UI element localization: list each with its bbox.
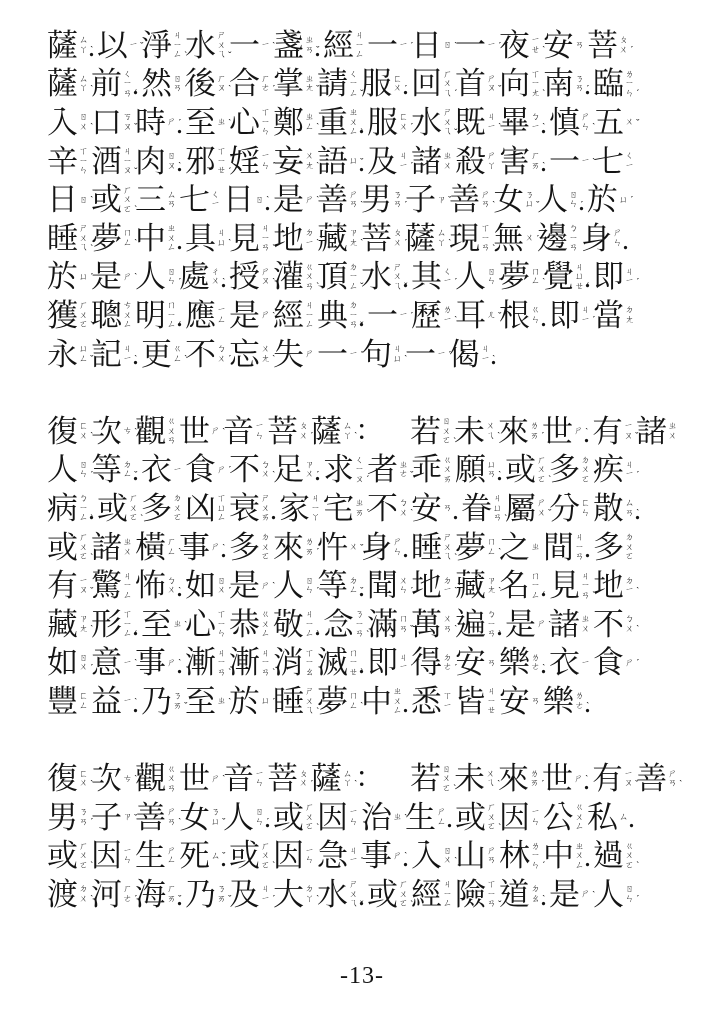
- hanzi-char: 悉: [411, 684, 442, 719]
- tone-mark: ˋ: [134, 356, 137, 366]
- zhuyin-annotation: ㄩˊ: [79, 272, 88, 282]
- zhuyin-annotation: ㄙㄚˋ: [79, 36, 88, 55]
- zhuyin-glyph: ㄨ: [625, 118, 634, 128]
- zhuyin-glyph: ㄢ: [305, 282, 314, 292]
- zhuyin-annotation: ㄒㄧㄝˊ: [217, 147, 226, 176]
- zhuyin-annotation: ㄖㄣˊ: [167, 267, 176, 286]
- char-token: 人ㄖㄣˊ: [47, 454, 78, 485]
- zhuyin-glyph: ㄥ: [305, 629, 314, 639]
- zhuyin-glyph: ㄨ: [443, 161, 452, 171]
- zhuyin-annotation: ㄖㄡˋ: [167, 152, 176, 171]
- zhuyin-glyph: ㄥ: [305, 122, 314, 132]
- zhuyin-glyph: ㄨ: [79, 779, 88, 789]
- hanzi-char: 等: [317, 568, 348, 603]
- char-token: 急ㄐㄧˊ: [317, 840, 348, 871]
- hanzi-char: 治: [361, 800, 392, 835]
- hanzi-char: 復: [47, 761, 78, 796]
- zhuyin-annotation: ㄒㄧㄣ: [79, 147, 88, 176]
- char-token: 等ㄉㄥˇ: [317, 570, 348, 601]
- tone-mark: ˋ: [90, 47, 93, 57]
- zhuyin-glyph: ㄥ: [443, 899, 452, 909]
- char-token: 應ㄧㄥ: [185, 300, 216, 331]
- zhuyin-glyph: ㄥ: [167, 243, 176, 253]
- zhuyin-glyph: ㄛ: [305, 822, 314, 832]
- char-token: 散ㄙㄢˋ: [593, 493, 624, 524]
- char-token: 道ㄉㄠˋ: [499, 879, 530, 910]
- period-mark: .: [270, 497, 277, 528]
- hanzi-char: 諸: [91, 530, 122, 565]
- zhuyin-annotation: ㄉㄥˇ: [123, 460, 132, 479]
- zhuyin-glyph: ㄣ: [349, 817, 358, 827]
- zhuyin-annotation: ㄐㄩˋ: [393, 345, 402, 364]
- char-token: 畢ㄅㄧˋ: [499, 107, 530, 138]
- zhuyin-annotation: ㄖㄣˊ: [305, 576, 314, 595]
- char-token: 服ㄈㄨˊ: [367, 107, 398, 138]
- hanzi-char: 地: [593, 568, 624, 603]
- char-token: 入ㄖㄨˋ: [47, 107, 78, 138]
- char-token: 家ㄐㄧㄚ: [279, 493, 310, 524]
- zhuyin-glyph: ㄥ: [173, 50, 182, 60]
- char-token: 地ㄉㄧˋ: [411, 570, 442, 601]
- char-token: 人ㄖㄣˊ: [135, 261, 166, 292]
- char-token: 即ㄐㄧˊ: [593, 261, 624, 292]
- zhuyin-annotation: ㄉㄧㄢˇ: [349, 301, 358, 330]
- zhuyin-glyph: ㄥ: [79, 354, 88, 364]
- char-token: 病ㄅㄧㄥˋ: [47, 493, 78, 524]
- zhuyin-glyph: ㄢ: [481, 200, 490, 210]
- hanzi-char: 或: [229, 838, 260, 873]
- char-token: 既ㄐㄧˋ: [455, 107, 486, 138]
- zhuyin-glyph: ㄢ: [487, 629, 496, 639]
- char-token: 觀ㄍㄨㄢ: [135, 763, 166, 794]
- zhuyin-annotation: ㄗㄨˊ: [305, 460, 314, 479]
- char-token: 世ㄕˋ: [542, 763, 573, 794]
- zhuyin-annotation: ㄑㄧ: [211, 190, 220, 209]
- text-block: 薩ㄙㄚˋ.以ㄧˇ淨ㄐㄧㄥˋ水ㄕㄨㄟˇ一ㄧˋ盞ㄓㄢˇ.經ㄐㄧㄥ一ㄧˊ日ㄖˋ一ㄧˊ夜…: [47, 26, 680, 914]
- hanzi-char: 安: [411, 491, 442, 526]
- zhuyin-glyph: ㄩ: [525, 200, 534, 210]
- zhuyin-annotation: ㄔㄨˋ: [211, 267, 220, 286]
- hanzi-char: 未: [454, 761, 485, 796]
- zhuyin-annotation: ㄧㄣ: [255, 769, 264, 788]
- zhuyin-annotation: ㄏㄨㄛˋ: [305, 803, 314, 832]
- zhuyin-glyph: ㄩ: [79, 272, 88, 282]
- char-token: 地ㄉㄧˋ: [593, 570, 624, 601]
- char-token: 酒ㄐㄧㄡˇ: [91, 146, 122, 177]
- hanzi-char: 至: [185, 105, 216, 140]
- hanzi-char: 驚: [91, 568, 122, 603]
- period-mark: .: [402, 690, 409, 721]
- zhuyin-annotation: ㄐㄧˋ: [487, 113, 496, 132]
- tone-mark: ˊ: [316, 471, 319, 481]
- hanzi-char: 林: [499, 838, 530, 873]
- zhuyin-glyph: ㄓ: [217, 118, 226, 128]
- tone-mark: ˊ: [630, 47, 633, 57]
- char-token: 者ㄓㄜˇ: [367, 454, 398, 485]
- hanzi-char: 夢: [455, 530, 486, 565]
- zhuyin-glyph: ㄨ: [217, 354, 226, 364]
- zhuyin-glyph: ㄚ: [437, 238, 446, 248]
- char-token: 皆ㄐㄧㄝ: [455, 686, 486, 717]
- char-token: 頂ㄉㄧㄥˇ: [317, 261, 348, 292]
- hanzi-char: 一: [229, 28, 260, 63]
- zhuyin-glyph: ㄕ: [123, 272, 132, 282]
- char-token: 人ㄖㄣˊ: [593, 879, 624, 910]
- hanzi-char: 善: [135, 800, 166, 835]
- char-token: 或ㄏㄨㄛˋ: [505, 454, 536, 485]
- tone-mark: ˋ: [542, 163, 545, 173]
- zhuyin-glyph: ㄢ: [261, 668, 270, 678]
- text-line: 日ㄖˋ或ㄏㄨㄛˋ三ㄙㄢ七ㄑㄧ日ㄖˋ.是ㄕˋ善ㄕㄢˋ男ㄋㄢˊ子ㄗˇ善ㄕㄢˋ女ㄋㄩˇ…: [47, 180, 680, 219]
- char-token: 薩ㄙㄚˋ: [311, 763, 342, 794]
- char-token: 是ㄕˋ: [229, 300, 260, 331]
- char-token: 得ㄉㄜˊ: [411, 647, 442, 678]
- hanzi-char: 世: [542, 761, 573, 796]
- char-token: 淨ㄐㄧㄥˋ: [141, 30, 172, 61]
- tone-mark: ˋ: [316, 630, 319, 640]
- zhuyin-annotation: ㄐㄩㄢˋ: [493, 494, 502, 523]
- text-line: 人ㄖㄣˊ等ㄉㄥˇ.衣ㄧ食ㄕˊ不ㄅㄨˋ足ㄗㄨˊ.求ㄑㄧㄡˊ者ㄓㄜˇ乖ㄍㄨㄞ願ㄩㄢˋ…: [47, 451, 680, 490]
- tone-mark: ˊ: [580, 201, 583, 211]
- period-mark: .: [176, 227, 183, 258]
- char-token: 於ㄩˊ: [229, 686, 260, 717]
- char-token: 世ㄕˋ: [542, 416, 573, 447]
- hanzi-char: 念: [323, 607, 354, 642]
- zhuyin-annotation: ㄖㄣˊ: [625, 885, 634, 904]
- zhuyin-glyph: ㄛ: [442, 783, 451, 793]
- hanzi-char: 子: [405, 182, 436, 217]
- hanzi-char: 見: [549, 568, 580, 603]
- hanzi-char: 是: [229, 568, 260, 603]
- hanzi-char: 至: [185, 684, 216, 719]
- hanzi-char: 漸: [229, 645, 260, 680]
- zhuyin-glyph: ㄙ: [211, 851, 220, 861]
- hanzi-char: 名: [499, 568, 530, 603]
- zhuyin-annotation: ㄕㄥ: [437, 808, 446, 827]
- hanzi-char: 七: [179, 182, 210, 217]
- char-token: 睡ㄕㄨㄟˋ: [47, 223, 78, 254]
- zhuyin-annotation: ㄍㄥˋ: [173, 345, 182, 364]
- zhuyin-glyph: ㄚ: [79, 45, 88, 55]
- zhuyin-glyph: ㄕ: [167, 118, 176, 128]
- char-token: 未ㄨㄟˋ: [454, 763, 485, 794]
- hanzi-char: 入: [411, 838, 442, 873]
- zhuyin-glyph: ㄢ: [355, 629, 364, 639]
- hanzi-char: 善: [449, 182, 480, 217]
- tone-mark: ˊ: [404, 85, 407, 95]
- char-token: 服ㄈㄨˊ: [361, 68, 392, 99]
- hanzi-char: 死: [179, 838, 210, 873]
- tone-mark: ˋ: [178, 587, 181, 597]
- char-token: 復ㄈㄨˋ: [47, 416, 78, 447]
- char-token: 女ㄋㄩˇ: [179, 802, 210, 833]
- char-token: 身ㄕㄣ: [581, 223, 612, 254]
- hanzi-char: 散: [593, 491, 624, 526]
- hanzi-char: 三: [135, 182, 166, 217]
- zhuyin-glyph: ㄢ: [349, 320, 358, 330]
- zhuyin-glyph: ㄣ: [167, 277, 176, 287]
- zhuyin-annotation: ㄇㄥˋ: [123, 229, 132, 248]
- zhuyin-annotation: ㄖㄢˊ: [173, 74, 182, 93]
- hanzi-char: 人: [223, 800, 254, 835]
- char-token: 句ㄐㄩˋ: [361, 339, 392, 370]
- zhuyin-glyph: ㄢ: [349, 200, 358, 210]
- char-token: 海ㄏㄞˇ: [135, 879, 166, 910]
- hanzi-char: 前: [91, 66, 122, 101]
- char-token: 向ㄒㄧㄤˋ: [499, 68, 530, 99]
- tone-mark: ˋ: [266, 196, 269, 206]
- zhuyin-annotation: ㄧㄣ: [255, 422, 264, 441]
- zhuyin-annotation: ㄖㄨˋ: [79, 113, 88, 132]
- hanzi-char: 覺: [543, 259, 574, 294]
- zhuyin-glyph: ㄥ: [167, 547, 176, 557]
- char-token: 或ㄏㄨㄛˋ: [47, 532, 78, 563]
- hanzi-char: 菩: [587, 28, 618, 63]
- colon-space: [388, 431, 410, 432]
- char-token: 乖ㄍㄨㄞ: [411, 454, 442, 485]
- zhuyin-annotation: ㄐㄧˊ: [625, 460, 634, 479]
- char-token: 私ㄙ: [587, 802, 618, 833]
- hanzi-char: 具: [185, 221, 216, 256]
- text-line: 如ㄖㄨˊ意ㄧˋ事ㄕˋ.漸ㄐㄧㄢˋ漸ㄐㄧㄢˋ消ㄒㄧㄠ滅ㄇㄧㄝˋ.即ㄐㄧˊ得ㄉㄜˊ安…: [47, 644, 680, 683]
- char-token: 五ㄨˇ: [593, 107, 624, 138]
- tone-mark: ˋ: [178, 163, 181, 173]
- hanzi-char: 滿: [367, 607, 398, 642]
- char-token: 宅ㄓㄞˊ: [323, 493, 354, 524]
- hanzi-char: 灌: [273, 259, 304, 294]
- hanzi-char: 次: [91, 414, 122, 449]
- sutra-page: 薩ㄙㄚˋ.以ㄧˇ淨ㄐㄧㄥˋ水ㄕㄨㄟˇ一ㄧˋ盞ㄓㄢˇ.經ㄐㄧㄥ一ㄧˊ日ㄖˋ一ㄧˊ夜…: [0, 0, 724, 1024]
- zhuyin-annotation: ㄐㄧˊ: [625, 267, 634, 286]
- zhuyin-annotation: ㄓㄜˇ: [399, 460, 408, 479]
- zhuyin-glyph: ㄣ: [581, 508, 590, 518]
- zhuyin-annotation: ㄉㄨㄛ: [581, 456, 590, 485]
- colon-mark: ：: [355, 764, 384, 793]
- hanzi-char: 來: [498, 761, 529, 796]
- zhuyin-glyph: ㄧ: [399, 161, 408, 171]
- zhuyin-annotation: ㄐㄧㄥ: [443, 880, 452, 909]
- hanzi-char: 更: [141, 337, 172, 372]
- hanzi-char: 於: [587, 182, 618, 217]
- zhuyin-glyph: ㄧ: [123, 354, 132, 364]
- zhuyin-annotation: ㄓ: [531, 542, 540, 552]
- zhuyin-annotation: ㄑㄧㄢˊ: [123, 70, 132, 99]
- zhuyin-glyph: ㄛ: [79, 552, 88, 562]
- hanzi-char: 獲: [47, 298, 78, 333]
- hanzi-char: 消: [273, 645, 304, 680]
- zhuyin-glyph: ㄨ: [393, 84, 402, 94]
- hanzi-char: 應: [185, 298, 216, 333]
- char-token: 益ㄧˋ: [91, 686, 122, 717]
- char-token: 子ㄗˇ: [91, 802, 122, 833]
- tone-mark: ˊ: [266, 819, 269, 829]
- hanzi-char: 即: [367, 645, 398, 680]
- char-token: 入ㄖㄨˋ: [411, 840, 442, 871]
- zhuyin-glyph: ㄡ: [624, 779, 633, 789]
- zhuyin-glyph: ㄥ: [217, 315, 226, 325]
- hanzi-char: 不: [185, 337, 216, 372]
- zhuyin-glyph: ㄞ: [305, 547, 314, 557]
- zhuyin-annotation: ㄉㄧˋ: [305, 229, 314, 248]
- zhuyin-glyph: ㄢ: [581, 590, 590, 600]
- zhuyin-annotation: ㄌㄜˋ: [575, 692, 584, 711]
- char-token: 忤ㄨˇ: [317, 532, 348, 563]
- zhuyin-annotation: ㄐㄧˊ: [349, 846, 358, 865]
- zhuyin-glyph: ㄟ: [486, 779, 495, 789]
- hanzi-char: 記: [91, 337, 122, 372]
- tone-mark: ˋ: [636, 626, 639, 636]
- zhuyin-glyph: ㄝ: [217, 166, 226, 176]
- char-token: 治ㄓˋ: [361, 802, 392, 833]
- hanzi-char: 及: [367, 144, 398, 179]
- zhuyin-glyph: ㄢ: [305, 45, 314, 55]
- char-token: 處ㄔㄨˋ: [179, 261, 210, 292]
- paragraph: 薩ㄙㄚˋ.以ㄧˇ淨ㄐㄧㄥˋ水ㄕㄨㄟˇ一ㄧˋ盞ㄓㄢˇ.經ㄐㄧㄥ一ㄧˊ日ㄖˋ一ㄧˊ夜…: [47, 26, 680, 373]
- zhuyin-glyph: ㄛ: [581, 475, 590, 485]
- zhuyin-glyph: ㄦ: [487, 311, 496, 321]
- zhuyin-glyph: ㄧ: [625, 161, 634, 171]
- hanzi-char: 夢: [499, 259, 530, 294]
- zhuyin-glyph: ㄛ: [625, 552, 634, 562]
- zhuyin-glyph: ㄜ: [443, 663, 452, 673]
- char-token: 來ㄌㄞˊ: [498, 763, 529, 794]
- char-token: 多ㄉㄨㄛ: [593, 532, 624, 563]
- hanzi-char: 是: [91, 259, 122, 294]
- tone-mark: ˋ: [90, 515, 93, 525]
- hanzi-char: 身: [361, 530, 392, 565]
- zhuyin-glyph: ㄢ: [487, 470, 496, 480]
- char-token: 偈ㄐㄧˋ: [449, 339, 480, 370]
- zhuyin-annotation: ㄋㄞˇ: [217, 885, 226, 904]
- zhuyin-glyph: ㄧ: [129, 41, 138, 51]
- char-token: 更ㄍㄥˋ: [141, 339, 172, 370]
- zhuyin-annotation: ㄢ: [575, 41, 584, 51]
- char-token: 漸ㄐㄧㄢˋ: [229, 647, 260, 678]
- zhuyin-annotation: ㄉㄨㄛ: [261, 533, 270, 562]
- hanzi-char: 失: [273, 337, 304, 372]
- hanzi-char: 薩: [47, 66, 78, 101]
- hanzi-char: 授: [229, 259, 260, 294]
- zhuyin-annotation: ㄧㄣˊ: [261, 152, 270, 171]
- zhuyin-glyph: ㄥ: [349, 127, 358, 137]
- zhuyin-glyph: ㄣ: [261, 161, 270, 171]
- hanzi-char: 頂: [317, 259, 348, 294]
- zhuyin-annotation: ㄏㄨㄛˋ: [79, 533, 88, 562]
- char-token: 水ㄕㄨㄟˇ: [185, 30, 216, 61]
- hanzi-char: 等: [91, 452, 122, 487]
- zhuyin-annotation: ㄕ: [305, 349, 314, 359]
- char-token: 來ㄌㄞˊ: [273, 532, 304, 563]
- zhuyin-glyph: ㄣ: [79, 470, 88, 480]
- zhuyin-annotation: ㄉㄤ: [625, 306, 634, 325]
- zhuyin-glyph: ㄣ: [569, 200, 578, 210]
- zhuyin-annotation: ㄐㄩㄝˊ: [575, 263, 584, 292]
- char-token: 婬ㄧㄣˊ: [229, 146, 260, 177]
- char-token: 睡ㄕㄨㄟˋ: [411, 532, 442, 563]
- zhuyin-annotation: ㄨˇ: [349, 542, 358, 552]
- zhuyin-glyph: ㄡ: [624, 431, 633, 441]
- hanzi-char: 女: [179, 800, 210, 835]
- zhuyin-glyph: ㄣ: [487, 277, 496, 287]
- hanzi-char: 來: [498, 414, 529, 449]
- zhuyin-annotation: ㄐㄧㄡˇ: [123, 147, 132, 176]
- zhuyin-annotation: ㄕˊ: [625, 658, 634, 668]
- char-token: 若ㄖㄨㄛˋ: [410, 763, 441, 794]
- hanzi-char: 衣: [549, 645, 580, 680]
- hanzi-char: 安: [543, 28, 574, 63]
- zhuyin-annotation: ㄍㄨㄢ: [167, 764, 176, 793]
- hanzi-char: 諸: [411, 144, 442, 179]
- char-token: 不ㄅㄨˊ: [185, 339, 216, 370]
- hanzi-char: 然: [141, 66, 172, 101]
- zhuyin-annotation: ㄦˇ: [487, 311, 496, 321]
- char-token: 水ㄕㄨㄟˇ: [317, 879, 348, 910]
- zhuyin-annotation: ㄙㄢ: [167, 190, 176, 209]
- zhuyin-annotation: ㄋㄩˇ: [525, 190, 534, 209]
- hanzi-char: 薩: [311, 761, 342, 796]
- char-token: 菩ㄆㄨˊ: [267, 763, 298, 794]
- zhuyin-annotation: ㄕˋ: [537, 619, 546, 629]
- zhuyin-annotation: ㄌㄞˊ: [530, 769, 539, 788]
- hanzi-char: 地: [411, 568, 442, 603]
- hanzi-char: 是: [549, 877, 580, 912]
- zhuyin-glyph: ㄢ: [167, 200, 176, 210]
- hanzi-char: 形: [91, 607, 122, 642]
- zhuyin-glyph: ㄚ: [343, 431, 352, 441]
- tone-mark: ˇ: [222, 853, 225, 863]
- char-token: 心ㄒㄧㄣ: [185, 609, 216, 640]
- zhuyin-annotation: ㄆㄨˊ: [299, 422, 308, 441]
- zhuyin-annotation: ㄏㄜˊ: [123, 885, 132, 904]
- zhuyin-annotation: ㄅㄨˋ: [625, 615, 634, 634]
- char-token: 前ㄑㄧㄢˊ: [91, 68, 122, 99]
- zhuyin-annotation: ㄈㄨˋ: [79, 422, 88, 441]
- char-token: 人ㄖㄣˊ: [455, 261, 486, 292]
- zhuyin-annotation: ㄈㄥ: [79, 692, 88, 711]
- zhuyin-glyph: ㄡ: [79, 586, 88, 596]
- hanzi-char: 皆: [455, 684, 486, 719]
- hanzi-char: 至: [141, 607, 172, 642]
- page-number: -13-: [0, 963, 724, 990]
- char-token: 害ㄏㄞˋ: [499, 146, 530, 177]
- zhuyin-annotation: ㄓㄨㄥ: [393, 687, 402, 716]
- zhuyin-annotation: ㄨˇ: [625, 118, 634, 128]
- zhuyin-glyph: ㄥ: [123, 590, 132, 600]
- zhuyin-annotation: ㄓㄨㄥˋ: [349, 108, 358, 137]
- hanzi-char: 滅: [317, 645, 348, 680]
- char-token: 男ㄋㄢˊ: [47, 802, 78, 833]
- zhuyin-annotation: ㄐㄧㄝ: [487, 687, 496, 716]
- hanzi-char: 海: [135, 877, 166, 912]
- hanzi-char: 處: [179, 259, 210, 294]
- char-token: 南ㄋㄢˊ: [543, 68, 574, 99]
- char-token: 滿ㄇㄢˇ: [367, 609, 398, 640]
- char-token: 乃ㄋㄞˇ: [141, 686, 172, 717]
- zhuyin-glyph: ㄨ: [625, 624, 634, 634]
- zhuyin-annotation: ㄈㄨˊ: [399, 113, 408, 132]
- zhuyin-glyph: ㄧ: [581, 658, 590, 668]
- char-token: 險ㄒㄧㄢˇ: [455, 879, 486, 910]
- zhuyin-glyph: ㄣ: [305, 586, 314, 596]
- char-token: 記ㄐㄧˋ: [91, 339, 122, 370]
- hanzi-char: 慎: [549, 105, 580, 140]
- zhuyin-annotation: ㄕㄚ: [487, 152, 496, 171]
- zhuyin-annotation: ㄧˋ: [581, 156, 590, 166]
- tone-mark: ˊ: [134, 90, 137, 100]
- hanzi-char: 男: [361, 182, 392, 217]
- hanzi-char: 或: [367, 877, 398, 912]
- zhuyin-glyph: ㄤ: [349, 238, 358, 248]
